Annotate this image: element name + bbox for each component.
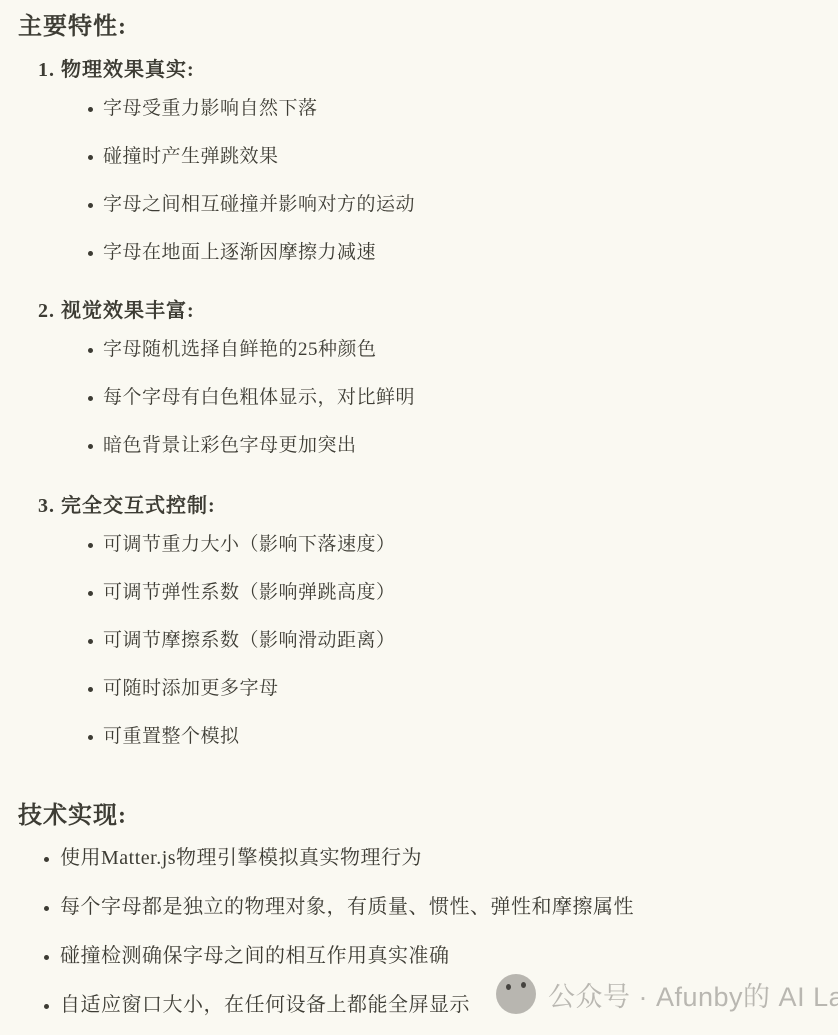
features-section-title: 主要特性: bbox=[18, 13, 818, 41]
list-item: 每个字母有白色粗体显示，对比鲜明 bbox=[86, 385, 818, 411]
list-item-text: 字母随机选择自鲜艳的25种颜色 bbox=[103, 339, 377, 360]
list-item: 字母受重力影响自然下落 bbox=[86, 96, 818, 122]
list-item: 碰撞时产生弹跳效果 bbox=[86, 144, 818, 170]
list-item: 可调节摩擦系数（影响滑动距离） bbox=[86, 628, 818, 654]
list-item-text: 自适应窗口大小，在任何设备上都能全屏显示 bbox=[60, 994, 470, 1016]
list-item: 可重置整个模拟 bbox=[86, 724, 818, 750]
list-item-text: 碰撞检测确保字母之间的相互作用真实准确 bbox=[60, 945, 450, 967]
feature-group-1-list: 字母受重力影响自然下落 碰撞时产生弹跳效果 字母之间相互碰撞并影响对方的运动 字… bbox=[18, 96, 818, 266]
icon-eye-right bbox=[521, 982, 526, 988]
list-item-text: 碰撞时产生弹跳效果 bbox=[103, 146, 279, 167]
icon-eye-left bbox=[506, 984, 511, 990]
list-item-text: 字母在地面上逐渐因摩擦力减速 bbox=[103, 242, 376, 263]
list-item: 字母之间相互碰撞并影响对方的运动 bbox=[86, 192, 818, 218]
wechat-official-account-icon bbox=[496, 974, 536, 1014]
list-item-text: 可调节重力大小（影响下落速度） bbox=[103, 534, 396, 555]
list-item-text: 可重置整个模拟 bbox=[103, 726, 240, 747]
feature-group-2-list: 字母随机选择自鲜艳的25种颜色 每个字母有白色粗体显示，对比鲜明 暗色背景让彩色… bbox=[18, 337, 818, 459]
list-item-text: 可随时添加更多字母 bbox=[103, 678, 279, 699]
list-item-text: 可调节摩擦系数（影响滑动距离） bbox=[103, 630, 396, 651]
list-item: 每个字母都是独立的物理对象，有质量、惯性、弹性和摩擦属性 bbox=[42, 894, 818, 921]
feature-group-2-heading: 2. 视觉效果丰富: bbox=[38, 299, 818, 323]
list-item: 字母在地面上逐渐因摩擦力减速 bbox=[86, 240, 818, 266]
list-item: 暗色背景让彩色字母更加突出 bbox=[86, 433, 818, 459]
list-item-text: 可调节弹性系数（影响弹跳高度） bbox=[103, 582, 396, 603]
list-item-text: 使用Matter.js物理引擎模拟真实物理行为 bbox=[60, 847, 422, 869]
list-item-text: 暗色背景让彩色字母更加突出 bbox=[103, 435, 357, 456]
document-body: 主要特性: 1. 物理效果真实: 字母受重力影响自然下落 碰撞时产生弹跳效果 字… bbox=[0, 0, 838, 1019]
feature-group-3-heading: 3. 完全交互式控制: bbox=[38, 494, 818, 518]
list-item: 碰撞检测确保字母之间的相互作用真实准确 bbox=[42, 943, 818, 970]
list-item: 可调节弹性系数（影响弹跳高度） bbox=[86, 580, 818, 606]
watermark-text: 公众号 · Afunby的 AI Lab bbox=[548, 975, 838, 1014]
list-item: 可调节重力大小（影响下落速度） bbox=[86, 532, 818, 558]
list-item: 可随时添加更多字母 bbox=[86, 676, 818, 702]
list-item-text: 每个字母有白色粗体显示，对比鲜明 bbox=[103, 387, 415, 408]
list-item: 使用Matter.js物理引擎模拟真实物理行为 bbox=[42, 845, 818, 872]
list-item: 字母随机选择自鲜艳的25种颜色 bbox=[86, 337, 818, 363]
list-item-text: 字母受重力影响自然下落 bbox=[103, 98, 318, 119]
watermark: 公众号 · Afunby的 AI Lab bbox=[496, 974, 838, 1014]
feature-group-1-heading: 1. 物理效果真实: bbox=[38, 58, 818, 82]
tech-section-title: 技术实现: bbox=[18, 802, 818, 830]
list-item-text: 字母之间相互碰撞并影响对方的运动 bbox=[103, 194, 415, 215]
list-item-text: 每个字母都是独立的物理对象，有质量、惯性、弹性和摩擦属性 bbox=[60, 896, 634, 918]
feature-group-3-list: 可调节重力大小（影响下落速度） 可调节弹性系数（影响弹跳高度） 可调节摩擦系数（… bbox=[18, 532, 818, 750]
